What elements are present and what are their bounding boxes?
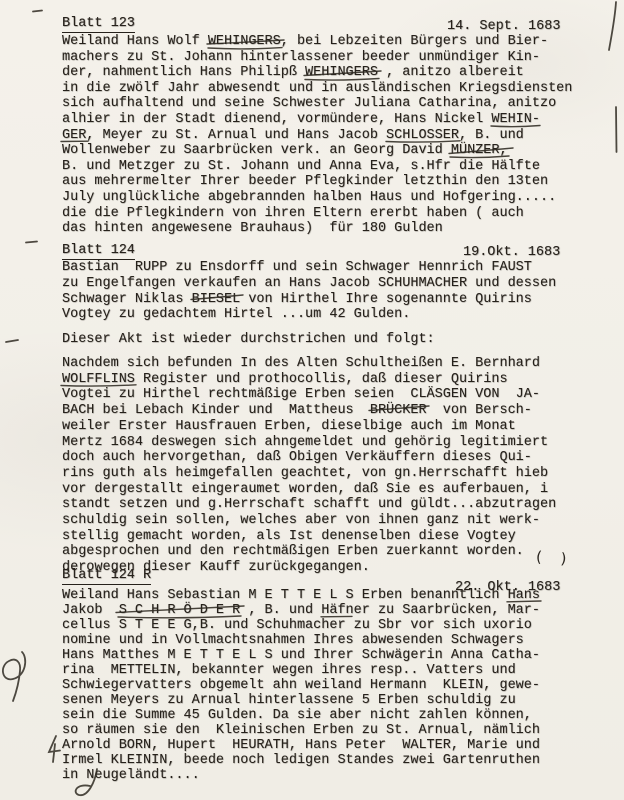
text-line: das hinten angewesene Brauhaus) für 180 … — [62, 221, 443, 236]
scanned-document-page: Blatt 123 14. Sept. 1683 Weiland Hans Wo… — [0, 0, 624, 800]
text-line: Wollenweber zu Saarbrücken verk. an Geor… — [62, 143, 508, 158]
blatt-124-body: Bastian RUPP zu Ensdorff und sein Schwag… — [0, 0, 624, 800]
text-line: rins guth als heimgefallen geachtet, von… — [62, 466, 548, 481]
text-line: cellus S T E E G,B. und Schuhmacher zu S… — [62, 618, 532, 633]
text-line: sein die Summe 45 Gulden. Da sie aber ni… — [62, 708, 532, 723]
text-line: schuldig sein sollen, welches aber von i… — [62, 513, 540, 528]
blatt-123-body: Weiland Hans Wolf WEHINGERS, bei Lebzeit… — [0, 0, 624, 800]
blatt-124-heading: Blatt 124 — [62, 243, 135, 260]
text-line: in die zwölf Jahr abwesendt und in auslä… — [62, 81, 572, 96]
text-line: BACH bei Lebach Kinder und Mattheus BRÜC… — [62, 403, 532, 418]
text-line: WOLFFLINS Register und prothocollis, daß… — [62, 372, 508, 387]
text-line: doch auch hervorgethan, daß Obigen Verkä… — [62, 450, 532, 465]
text-line: Hans Matthes M E T T E L S und Ihrer Sch… — [62, 648, 540, 663]
pen-annotations-overlay — [0, 0, 624, 800]
text-line: sich aufhaltend und seine Schwester Juli… — [62, 96, 556, 111]
text-line: die die Pflegkindern von ihren Eltern er… — [62, 206, 524, 221]
text-line: nomine und in Vollmachtsnahmen Ihres abw… — [62, 633, 524, 648]
text-line: stellig gemacht worden, als Ist denensel… — [62, 529, 516, 544]
margin-numeral-four-icon — [49, 736, 60, 762]
text-line: der, nahmentlich Hans Philipß WEHINGERS … — [62, 65, 524, 80]
text-line: aus mehrermelter Ihrer beeder Pflegkinde… — [62, 174, 548, 189]
blatt-124r-body: Weiland Hans Sebastian M E T T E L S Erb… — [0, 0, 624, 800]
blatt-123-date: 14. Sept. 1683 — [447, 19, 560, 34]
text-line: Arnold BORN, Hupert HEURATH, Hans Peter … — [62, 738, 540, 753]
text-line: abgesprochen und den rechtmäßigen Erben … — [62, 544, 524, 559]
margin-loop-bottom-icon — [76, 769, 97, 795]
handwritten-parentheses-mark: ( ) — [535, 548, 574, 569]
margin-stroke-top-right-icon — [609, 2, 616, 50]
pen-strike-biesel — [191, 295, 243, 300]
pen-underline-schlosser — [386, 141, 460, 142]
pen-strike-schroeder — [116, 606, 244, 613]
pen-underline-wehingers-1 — [208, 48, 282, 49]
pen-underline-wolfflins — [61, 385, 136, 386]
text-line: in Neugeländt.... — [62, 768, 200, 783]
text-line: standt setzen und g.Herrschaft schafft u… — [62, 497, 556, 512]
text-line: Jakob S C H R Ö D E R , B. und Häfner zu… — [62, 603, 540, 618]
pen-underline-schroeder — [118, 616, 241, 618]
blatt-124r-heading: Blatt 124 R — [62, 568, 151, 585]
text-line: Bastian RUPP zu Ensdorff und sein Schwag… — [62, 260, 532, 275]
text-line: Nachdem sich befunden In des Alten Schul… — [62, 356, 540, 371]
text-line: B. und Metzger zu St. Johann und Anna Ev… — [62, 159, 540, 174]
text-line: rina METTELIN, bekannter wegen ihres res… — [62, 663, 516, 678]
pen-underline-hans — [507, 601, 541, 602]
pen-strike-wehingers-2 — [304, 71, 381, 76]
pen-underline-muenzer — [450, 156, 509, 158]
text-line: Vogtei zu Hirthel rechtmäßige Erben seie… — [62, 387, 540, 402]
pen-strike-bruecker — [369, 406, 429, 411]
wolfflin-paragraph: Nachdem sich befunden In des Alten Schul… — [0, 0, 624, 800]
margin-loop-left-icon — [3, 652, 25, 701]
text-line: zu Engelfangen verkaufen an Hans Jacob S… — [62, 276, 556, 291]
blatt-123-heading: Blatt 123 — [62, 16, 135, 33]
blatt-124-date: 19.Okt. 1683 — [463, 245, 560, 260]
text-line: vor dergestallt eingeraumet worden, daß … — [62, 482, 548, 497]
text-line: senen Meyers zu Arnual hinterlassene 5 E… — [62, 693, 516, 708]
text-line: GER, Meyer zu St. Arnual und Hans Jacob … — [62, 128, 524, 143]
margin-stroke-right-icon — [616, 107, 617, 152]
akt-durchstrichen-note: Dieser Akt ist wieder durchstrichen und … — [62, 332, 435, 347]
margin-dash-blatt124-icon — [26, 242, 37, 243]
text-line: Mertz 1684 deswegen sich ahngemeldet und… — [62, 435, 548, 450]
text-line: so räumen sie den Kleinischen Erben zu S… — [62, 723, 540, 738]
text-line: weiler Erster Hausfrauen Erben, dieselbi… — [62, 419, 516, 434]
pen-strike-wehingers-1 — [207, 40, 284, 44]
text-line: July unglückliche abgebrannden halben Ha… — [62, 190, 556, 205]
text-line: alhier in der Stadt dienend, vormündere,… — [62, 112, 540, 127]
margin-dash-top-icon — [33, 11, 42, 12]
text-line: Vogtey zu gedachtem Hirtel ...um 42 Guld… — [62, 307, 410, 322]
pen-underline-wehin — [491, 126, 540, 127]
margin-dash-nachdem-icon — [6, 340, 18, 342]
text-line: Irmel KLEININ, beede noch ledigen Stande… — [62, 753, 540, 768]
blatt-124r-date: 22. Okt. 1683 — [455, 580, 560, 595]
text-line: Schwiegervatters obgemelt ahn weiland He… — [62, 678, 540, 693]
text-line: Schwager Niklas BIESEL von Hirthel Ihre … — [62, 292, 532, 307]
pen-underline-wehingers-2 — [305, 79, 379, 81]
text-line: Weiland Hans Wolf WEHINGERS, bei Lebzeit… — [62, 34, 548, 49]
pen-strike-muenzer — [449, 148, 513, 154]
text-line: machers zu St. Johann hinterlassener bee… — [62, 50, 540, 65]
